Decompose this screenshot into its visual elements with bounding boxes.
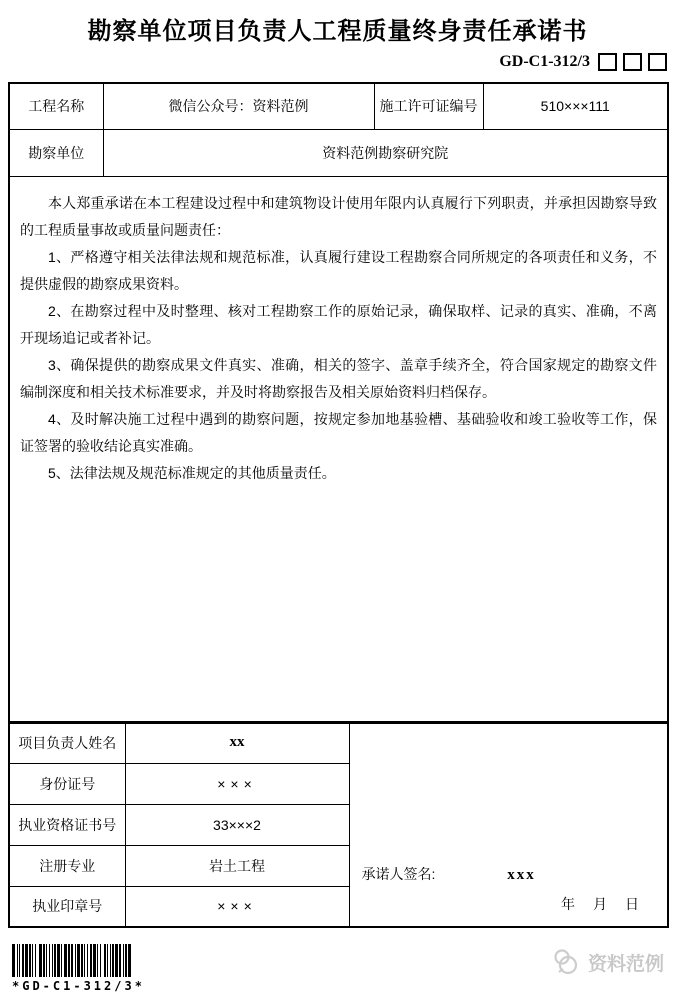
signature-value: xxx (507, 867, 536, 883)
commitment-item-4: 4、及时解决施工过程中遇到的勘察问题，按规定参加地基验槽、基础验收和竣工验收等工… (20, 406, 657, 460)
signature-label: 承诺人签名: (362, 866, 436, 882)
project-name-label: 工程名称 (9, 83, 103, 129)
fill-box-3[interactable] (648, 53, 667, 71)
commitment-item-1: 1、严格遵守相关法律法规和规范标准，认真履行建设工程勘察合同所规定的各项责任和义… (20, 244, 657, 298)
signer-table: 项目负责人姓名 xx 承诺人签名: xxx 年 月 日 身份证号 ××× 执业资… (8, 721, 669, 928)
signer-row-label: 身份证号 (9, 763, 125, 804)
signer-row-label: 注册专业 (9, 845, 125, 886)
document-page: 勘察单位项目负责人工程质量终身责任承诺书 GD-C1-312/3 工程名称 微信… (0, 0, 675, 995)
info-table: 工程名称 微信公众号：资料范例 施工许可证编号 510×××111 勘察单位 资… (8, 82, 669, 724)
signature-cell: 承诺人签名: xxx 年 月 日 (349, 722, 668, 927)
survey-unit-label: 勘察单位 (9, 129, 103, 176)
commitment-item-2: 2、在勘察过程中及时整理、核对工程勘察工作的原始记录，确保取样、记录的真实、准确… (20, 298, 657, 352)
signer-row-value: ××× (125, 886, 349, 927)
fill-box-2[interactable] (623, 53, 642, 71)
fill-box-1[interactable] (598, 53, 617, 71)
signature-line: 承诺人签名: xxx (362, 864, 536, 884)
project-name-value: 微信公众号：资料范例 (103, 83, 374, 129)
barcode (12, 944, 145, 977)
date-line: 年 月 日 (561, 894, 641, 914)
form-code: GD-C1-312/3 (499, 53, 590, 71)
page-title: 勘察单位项目负责人工程质量终身责任承诺书 (0, 11, 675, 46)
signer-row-value: xx (125, 722, 349, 763)
watermark: 资料范例 (551, 948, 664, 976)
form-code-row: GD-C1-312/3 (499, 53, 667, 71)
survey-unit-value: 资料范例勘察研究院 (103, 129, 668, 176)
signer-row-label: 项目负责人姓名 (9, 722, 125, 763)
permit-value: 510×××111 (483, 83, 668, 129)
signer-row-value: 33×××2 (125, 804, 349, 845)
commitment-item-5: 5、法律法规及规范标准规定的其他质量责任。 (20, 460, 657, 487)
wechat-logo-icon (551, 948, 581, 976)
signer-row-value: 岩土工程 (125, 845, 349, 886)
commitment-intro: 本人郑重承诺在本工程建设过程中和建筑物设计使用年限内认真履行下列职责，并承担因勘… (20, 190, 657, 244)
barcode-block: *GD-C1-312/3* (12, 944, 145, 993)
commitment-item-3: 3、确保提供的勘察成果文件真实、准确，相关的签字、盖章手续齐全，符合国家规定的勘… (20, 352, 657, 406)
watermark-text: 资料范例 (588, 949, 664, 976)
signer-row-value: ××× (125, 763, 349, 804)
permit-label: 施工许可证编号 (374, 83, 483, 129)
barcode-text: *GD-C1-312/3* (12, 979, 145, 993)
commitment-cell: 本人郑重承诺在本工程建设过程中和建筑物设计使用年限内认真履行下列职责，并承担因勘… (9, 176, 668, 723)
signer-row-label: 执业资格证书号 (9, 804, 125, 845)
signer-row-label: 执业印章号 (9, 886, 125, 927)
